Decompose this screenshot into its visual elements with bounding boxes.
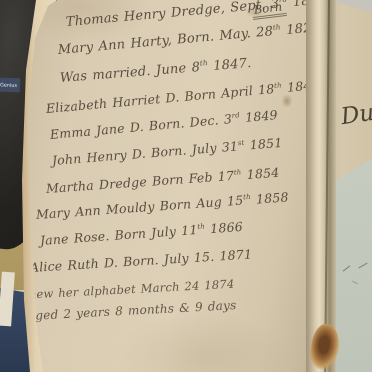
record-line: Jane Rose. Born July 11th 1866: [39, 219, 243, 248]
record-line: Alice Ruth D. Born. July 15. 1871: [30, 246, 253, 275]
record-line: Mary Ann Mouldy Born Aug 15th 1858: [35, 189, 289, 222]
device-brand-text: Genius: [0, 82, 17, 88]
book-photo: Genius Du Born Thomas Henry Dredge, Sept…: [0, 0, 372, 372]
device-brand-label: Genius: [0, 78, 20, 93]
facing-page-inscription: Du: [339, 100, 372, 130]
record-line: Knew her alphabet March 24 1874: [20, 277, 235, 302]
record-line: aged 2 years 8 months & 9 days: [28, 298, 237, 323]
record-line: Was married. June 8th 1847.: [59, 56, 252, 86]
register-page: Born Thomas Henry Dredge, Sept. 3rd 1823…: [26, 0, 322, 372]
spine-fold: [306, 0, 336, 372]
record-line: Martha Dredge Born Feb 17th 1854: [45, 165, 279, 196]
record-line: John Henry D. Born. July 31st 1851: [51, 135, 283, 168]
